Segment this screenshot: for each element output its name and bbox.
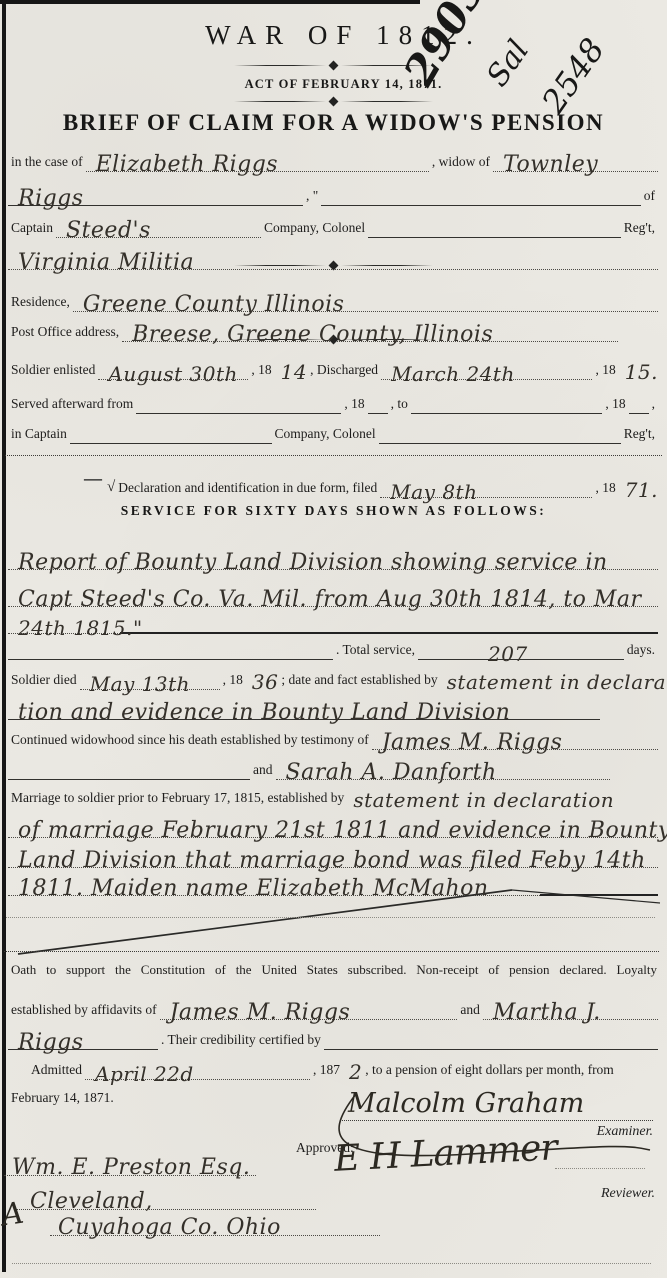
soldier-died-label: Soldier died xyxy=(8,672,80,690)
marriage-line-1: Marriage to soldier prior to February 17… xyxy=(8,782,658,808)
attorney-name-line: Wm. E. Preston Esq. xyxy=(4,1146,256,1176)
claimant-name: Elizabeth Riggs xyxy=(96,154,279,176)
filed-year: 71. xyxy=(619,480,658,500)
ornament-line xyxy=(341,101,433,103)
soldier-last-name: Riggs xyxy=(18,188,84,210)
spacer xyxy=(600,692,658,720)
ornament-line xyxy=(234,65,326,67)
served-afterward-line: Served afterward from , 18 , to , 18 , xyxy=(8,388,658,414)
blank-field xyxy=(324,1022,658,1050)
widowhood-line: Continued widowhood since his death esta… xyxy=(8,722,658,750)
enlisted-date: August 30th xyxy=(108,364,238,384)
marriage-line-3: Land Division that marriage bond was fil… xyxy=(8,840,658,868)
established-value: statement in declara xyxy=(441,672,666,692)
marriage-value: 1811. Maiden name Elizabeth McMahon xyxy=(18,878,489,900)
evidence-field: Report of Bounty Land Division showing s… xyxy=(8,540,658,570)
ornament-line xyxy=(234,265,326,267)
page-top-border xyxy=(0,0,420,4)
unit-value: Virginia Militia xyxy=(18,252,194,274)
filed-date-field: May 8th xyxy=(380,472,592,498)
witness2-field: Sarah A. Danforth xyxy=(276,752,611,780)
enlisted-date-field: August 30th xyxy=(98,354,248,380)
residence-field: Greene County Illinois xyxy=(73,284,658,312)
margin-dash-mark: — xyxy=(84,468,102,489)
section-divider-rule xyxy=(5,455,662,456)
colonel-name-field xyxy=(368,212,621,238)
served-afterward-label: Served afterward from xyxy=(8,396,136,414)
affiant2-field: Martha J. xyxy=(483,992,658,1020)
admitted-label: Admitted xyxy=(28,1062,85,1080)
page-bottom-rule xyxy=(12,1263,651,1264)
ornament-diamond-icon xyxy=(329,61,339,71)
marriage-field: of marriage February 21st 1811 and evide… xyxy=(8,810,658,838)
affidavits-line: established by affidavits of James M. Ri… xyxy=(8,992,658,1020)
total-service-field: 207 xyxy=(418,634,624,660)
regt-label: Reg't, xyxy=(621,426,658,444)
evidence-field: Capt Steed's Co. Va. Mil. from Aug 30th … xyxy=(8,577,658,607)
year-prefix: , 18 xyxy=(248,362,274,380)
affiant2-surname-field: Riggs xyxy=(8,1022,158,1050)
marriage-value: statement in declaration xyxy=(347,790,614,810)
enlisted-year: 14 xyxy=(275,362,307,382)
sixty-days-line-1: Report of Bounty Land Division showing s… xyxy=(8,540,658,570)
pension-label: , to a pension of eight dollars per mont… xyxy=(362,1062,617,1080)
marriage-value: Land Division that marriage bond was fil… xyxy=(18,850,646,872)
evidence-text: 24th 1815." xyxy=(18,618,143,638)
in-captain-label: in Captain xyxy=(8,426,70,444)
post-office-value: Breese, Greene County, Illinois xyxy=(132,324,493,346)
year-prefix: , 18 xyxy=(341,396,367,414)
in-captain-line: in Captain Company, Colonel Reg't, xyxy=(8,418,658,444)
affiant1-field: James M. Riggs xyxy=(160,992,458,1020)
oath-text: Oath to support the Constitution of the … xyxy=(8,963,660,980)
residence-line: Residence, Greene County Illinois xyxy=(8,284,658,312)
admitted-date: April 22d xyxy=(95,1064,194,1084)
admitted-year: 2 xyxy=(343,1062,362,1082)
evidence-text: Report of Bounty Land Division showing s… xyxy=(18,552,608,574)
soldier-first-name: Townley xyxy=(503,154,598,176)
enlisted-label: Soldier enlisted xyxy=(8,362,98,380)
attorney-name: Wm. E. Preston Esq. xyxy=(12,1157,250,1179)
soldier-first-name-field: Townley xyxy=(493,146,658,172)
marriage-label: Marriage to soldier prior to February 17… xyxy=(8,790,347,808)
days-label: days. xyxy=(624,642,658,660)
witness2-name: Sarah A. Danforth xyxy=(286,762,497,784)
witness1-field: James M. Riggs xyxy=(372,722,658,750)
affiant1-name: James M. Riggs xyxy=(170,1002,351,1024)
examiner-label: Examiner. xyxy=(597,1124,653,1140)
affiant2-name: Martha J. xyxy=(493,1002,601,1024)
and-label: and xyxy=(457,1002,483,1020)
death-evidence-field: tion and evidence in Bounty Land Divisio… xyxy=(8,692,600,720)
in-case-label: in the case of xyxy=(8,154,86,172)
captain-name-field: Steed's xyxy=(56,212,261,238)
died-date-field: May 13th xyxy=(80,662,220,690)
residence-label: Residence, xyxy=(8,294,73,312)
credibility-line: Riggs . Their credibility certified by xyxy=(8,1022,658,1050)
pension-start-date: February 14, 1871. xyxy=(8,1090,117,1108)
regt-label: Reg't, xyxy=(621,220,658,238)
discharged-year: 15. xyxy=(619,362,658,382)
company-colonel-label: Company, Colonel xyxy=(261,220,368,238)
case-line-1: in the case of Elizabeth Riggs , widow o… xyxy=(8,146,658,172)
brief-title: BRIEF OF CLAIM FOR A WIDOW'S PENSION xyxy=(0,110,667,136)
examiner-signature-rule xyxy=(342,1120,653,1121)
marriage-value: of marriage February 21st 1811 and evide… xyxy=(18,820,667,842)
case-line-2: Riggs , " of xyxy=(8,180,658,206)
year-prefix: , 187 xyxy=(310,1062,343,1080)
died-year: 36 xyxy=(246,672,278,692)
ornament-diamond-icon xyxy=(329,97,339,107)
comma-label: , xyxy=(649,396,658,414)
company-colonel-label: Company, Colonel xyxy=(272,426,379,444)
soldier-last-name-field: Riggs xyxy=(8,180,303,206)
year-prefix: , 18 xyxy=(592,362,618,380)
blank-field xyxy=(629,388,649,414)
blank-field xyxy=(379,418,621,444)
blank-field xyxy=(8,752,250,780)
residence-value: Greene County Illinois xyxy=(83,294,345,316)
evidence-text: Capt Steed's Co. Va. Mil. from Aug 30th … xyxy=(18,589,642,611)
admitted-date-field: April 22d xyxy=(85,1052,310,1080)
section-divider-rule xyxy=(4,951,659,952)
credibility-label: . Their credibility certified by xyxy=(158,1032,324,1050)
attorney-flourish: A xyxy=(0,1199,26,1232)
total-service-label: . Total service, xyxy=(333,642,418,660)
and-label: and xyxy=(250,762,276,780)
affidavits-label: established by affidavits of xyxy=(8,1002,160,1020)
reviewer-label: Reviewer. xyxy=(601,1186,655,1202)
year-prefix: , 18 xyxy=(220,672,246,690)
discharged-date-field: March 24th xyxy=(381,354,592,380)
blank-field xyxy=(70,418,272,444)
reviewer-signature-rule xyxy=(555,1168,645,1169)
examiner-signature: Malcolm Graham xyxy=(348,1090,584,1117)
spacer xyxy=(610,752,658,780)
checkmark-icon: √ xyxy=(104,479,115,498)
discharged-date: March 24th xyxy=(391,364,515,384)
year-prefix: , 18 xyxy=(592,480,618,498)
blank-field xyxy=(411,388,602,414)
attorney-county-state: Cuyahoga Co. Ohio xyxy=(58,1217,281,1239)
total-service-value: 207 xyxy=(488,644,528,664)
death-evidence-line: tion and evidence in Bounty Land Divisio… xyxy=(8,692,658,720)
captain-line: Captain Steed's Company, Colonel Reg't, xyxy=(8,212,658,238)
blank-field xyxy=(136,388,341,414)
captain-name: Steed's xyxy=(66,220,151,242)
marriage-field: Land Division that marriage bond was fil… xyxy=(8,840,658,868)
enlisted-line: Soldier enlisted August 30th , 18 14 , D… xyxy=(8,354,658,380)
reviewer-signature: E H Lammer xyxy=(333,1130,557,1178)
established-label: ; date and fact established by xyxy=(278,672,440,690)
ornament-line xyxy=(234,101,326,103)
pension-claim-document: WAR OF 1812. ACT OF FEBRUARY 14, 1871. 2… xyxy=(0,0,667,1278)
claimant-name-field: Elizabeth Riggs xyxy=(86,146,429,172)
marriage-line-2: of marriage February 21st 1811 and evide… xyxy=(8,810,658,838)
ornament-diamond-icon xyxy=(329,261,339,271)
sixty-days-line-2: Capt Steed's Co. Va. Mil. from Aug 30th … xyxy=(8,577,658,607)
affiant2-surname: Riggs xyxy=(18,1032,84,1054)
captain-label: Captain xyxy=(8,220,56,238)
witness1-name: James M. Riggs xyxy=(382,732,563,754)
page-left-border xyxy=(2,0,6,1272)
of-label: of xyxy=(641,188,658,206)
ornament-line xyxy=(341,265,433,267)
admitted-line: Admitted April 22d , 187 2 , to a pensio… xyxy=(8,1052,658,1080)
filed-date: May 8th xyxy=(390,482,477,502)
widowhood-label: Continued widowhood since his death esta… xyxy=(8,732,372,750)
soldier-died-line: Soldier died May 13th , 18 36 ; date and… xyxy=(8,662,658,690)
blank-rule xyxy=(6,917,655,918)
blank-field xyxy=(321,180,640,206)
witness2-line: and Sarah A. Danforth xyxy=(8,752,658,780)
year-prefix: , 18 xyxy=(602,396,628,414)
died-date: May 13th xyxy=(90,674,190,694)
discharged-label: , Discharged xyxy=(307,362,381,380)
attorney-county-line: Cuyahoga Co. Ohio xyxy=(50,1206,380,1236)
declaration-label: Declaration and identification in due fo… xyxy=(115,480,380,498)
war-title: WAR OF 1812. xyxy=(10,20,667,51)
death-evidence-text: tion and evidence in Bounty Land Divisio… xyxy=(18,702,510,724)
blank-field xyxy=(368,388,388,414)
sixty-days-heading: SERVICE FOR SIXTY DAYS SHOWN AS FOLLOWS: xyxy=(0,503,667,519)
widow-of-label: , widow of xyxy=(429,154,493,172)
to-label: , to xyxy=(388,396,411,414)
quote-label: , " xyxy=(303,188,321,206)
spacer xyxy=(8,1052,28,1080)
declaration-line: √ Declaration and identification in due … xyxy=(104,472,658,498)
